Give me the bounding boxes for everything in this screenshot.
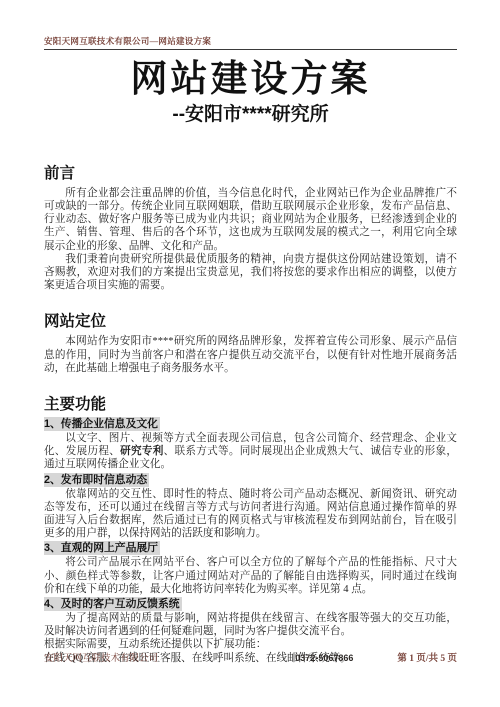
positioning-paragraph: 本网站作为安阳市****研究所的网络品牌形象，发挥着宣传公司形象、展示产品信息的… [44, 335, 457, 375]
highlight: 1、传播企业信息及文化 [44, 417, 160, 431]
function-item-body-4: 为了提高网站的质量与影响，网站将提供在线留言、在线客服等强大的交互功能，及时解决… [44, 612, 457, 638]
footer-phone-number: 0372-5067866 [295, 652, 353, 665]
document-page: 安阳天网互联技术有限公司—网站建设方案 网站建设方案 --安阳市****研究所 … [0, 0, 500, 707]
function-item-heading-1: 1、传播企业信息及文化 [44, 418, 457, 431]
bold-term: 研究专利 [120, 446, 164, 457]
section-heading-functions: 主要功能 [44, 395, 457, 414]
preface-paragraph-1: 所有企业都会注重品牌的价值，当今信息化时代，企业网站已作为企业品牌推广不可或缺的… [44, 187, 457, 253]
document-subtitle: --安阳市****研究所 [44, 103, 457, 128]
footer-company-name: 安阳天网互联技术有限公司 [44, 653, 295, 666]
function-item-extra-1: 根据实际需要，互动系统还提供以下扩展功能： [44, 638, 457, 651]
function-item-body-3: 将公司产品展示在网站平台、客户可以全方位的了解每个产品的性能指标、尺寸大小、颜色… [44, 556, 457, 596]
document-title: 网站建设方案 [44, 56, 457, 101]
highlight: 2、发布即时信息动态 [44, 473, 149, 487]
function-item-body-1: 以文字、图片、视频等方式全面表现公司信息，包含公司简介、经营理念、企业文化、发展… [44, 432, 457, 472]
function-item-heading-3: 3、直观的网上产品展厅 [44, 542, 457, 555]
footer-page-number: 第 1 页/共 5 页 [397, 653, 457, 666]
section-heading-positioning: 网站定位 [44, 312, 457, 331]
preface-paragraph-2: 我们秉着向贵研究所提供最优质服务的精神，向贵方提供这份网站建设策划，请不吝赐教，… [44, 253, 457, 293]
function-item-body-2: 依靠网站的交互性、即时性的特点、随时将公司产品动态概况、新闻资讯、研究动态等发布… [44, 488, 457, 541]
page-footer: 安阳天网互联技术有限公司 0372-5067866 第 1 页/共 5 页 [44, 652, 457, 666]
function-item-heading-4: 4、及时的客户互动反馈系统 [44, 598, 457, 611]
highlight: 3、直观的网上产品展厅 [44, 541, 160, 555]
function-item-heading-2: 2、发布即时信息动态 [44, 474, 457, 487]
page-header: 安阳天网互联技术有限公司—网站建设方案 [44, 36, 457, 50]
highlight: 4、及时的客户互动反馈系统 [44, 597, 182, 611]
section-heading-preface: 前言 [44, 164, 457, 183]
